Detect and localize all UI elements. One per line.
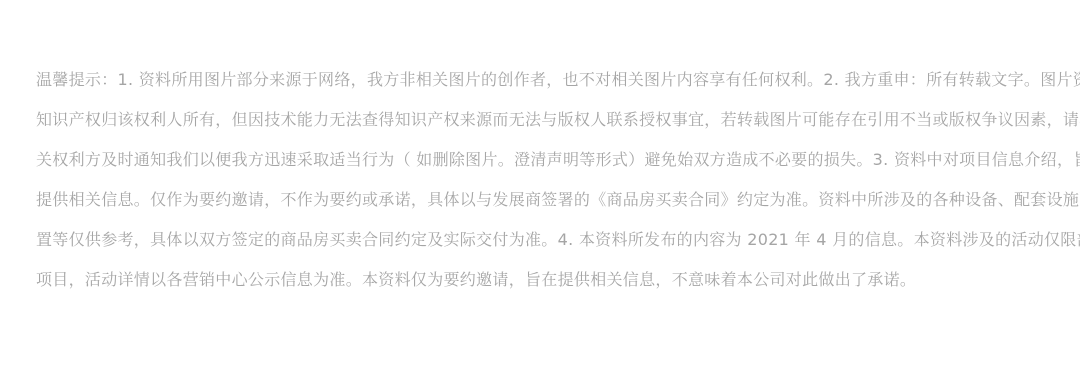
disclaimer-line-2: 知识产权归该权利人所有，但因技术能力无法查得知识产权来源而无法与版权人联系授权事… xyxy=(36,100,1054,140)
disclaimer-line-3: 关权利方及时通知我们以便我方迅速采取适当行为（ 如删除图片。澄清声明等形式）避免… xyxy=(36,140,1054,180)
disclaimer-line-6: 项目，活动详情以各营销中心公示信息为准。本资料仅为要约邀请，旨在提供相关信息，不… xyxy=(36,260,1054,300)
disclaimer-line-5: 置等仅供参考，具体以双方签定的商品房买卖合同约定及实际交付为准。4. 本资料所发… xyxy=(36,220,1054,260)
disclaimer-line-1: 温馨提示：1. 资料所用图片部分来源于网络，我方非相关图片的创作者，也不对相关图… xyxy=(36,60,1054,100)
disclaimer-text-block: 温馨提示：1. 资料所用图片部分来源于网络，我方非相关图片的创作者，也不对相关图… xyxy=(0,0,1080,300)
disclaimer-line-4: 提供相关信息。仅作为要约邀请，不作为要约或承诺，具体以与发展商签署的《商品房买卖… xyxy=(36,180,1054,220)
